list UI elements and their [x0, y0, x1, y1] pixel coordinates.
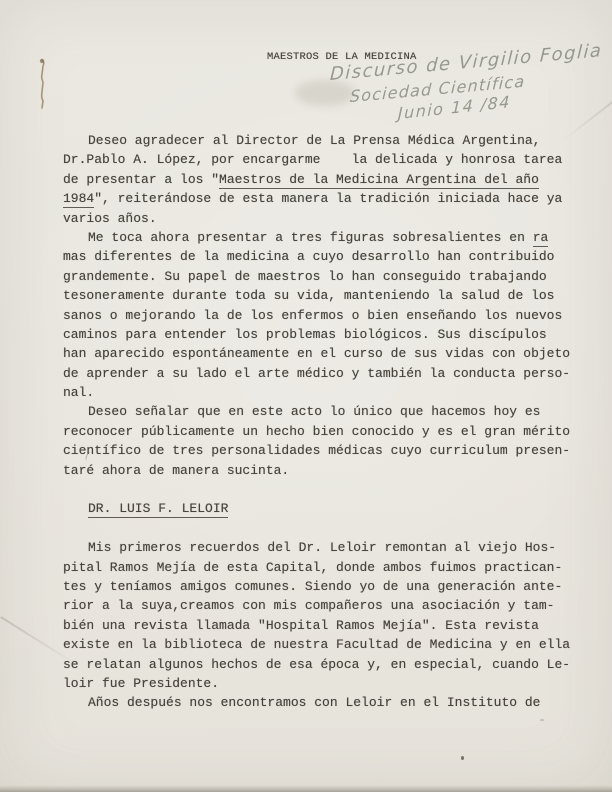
paragraph2-line2: mas diferentes de la medicina a cuyo des…	[63, 247, 583, 266]
paragraph2-line3: grandemente. Su papel de maestros lo han…	[63, 267, 583, 286]
paragraph4-line4: rior a la suya,creamos con mis compañero…	[63, 596, 583, 615]
scanned-document-page: MAESTROS DE LA MEDICINA Discurso de Virg…	[0, 0, 612, 792]
paragraph2-line5: sanos o mejorando la de los enfermos o b…	[63, 306, 583, 325]
paragraph1-line1: Deseo agradecer al Director de La Prensa…	[63, 131, 583, 150]
paragraph3-line1: Deseo señalar que en este acto lo único …	[63, 402, 583, 421]
blank-line	[63, 480, 583, 499]
paragraph1-line3: de presentar a los "Maestros de la Medic…	[63, 170, 583, 189]
paragraph4-line5: bién una revista llamada "Hospital Ramos…	[63, 616, 583, 635]
paragraph4-line3: tes y teníamos amigos comunes. Siendo yo…	[63, 577, 583, 596]
eraser-smudge	[295, 80, 355, 106]
underlined-text: DR. LUIS F. LELOIR	[88, 501, 228, 518]
line-text: de presentar a los "	[63, 172, 219, 187]
paragraph4-line1: Mis primeros recuerdos del Dr. Leloir re…	[63, 538, 583, 557]
paragraph4-line6: existe en la biblioteca de nuestra Facul…	[63, 635, 583, 654]
paragraph1-line2: Dr.Pablo A. López, por encargarme la del…	[63, 150, 583, 169]
underlined-text: Maestros de la Medicina Argentina del añ…	[219, 172, 539, 189]
paragraph1-line5: varios años.	[63, 209, 583, 228]
paragraph2-line8: de aprender a su lado el arte médico y t…	[63, 364, 583, 383]
underlined-text: ra	[533, 230, 549, 247]
paragraph1-line4: 1984", reiterándose de esta manera la tr…	[63, 189, 583, 208]
line-text: Me toca ahora presentar a tres figuras s…	[88, 230, 533, 245]
paragraph2-line7: han aparecido espontáneamente en el curs…	[63, 344, 583, 363]
document-body: Deseo agradecer al Director de La Prensa…	[63, 131, 583, 713]
paragraph4-line9: Años después nos encontramos con Leloir …	[63, 693, 583, 712]
paragraph2-line1: Me toca ahora presentar a tres figuras s…	[63, 228, 583, 247]
paragraph4-line8: loir fue Presidente.	[63, 674, 583, 693]
line-text: ", reiterándose de esta manera la tradic…	[94, 191, 562, 206]
ink-speck	[461, 756, 464, 760]
paragraph3-line3: científico de tres personalidades médica…	[63, 441, 583, 460]
paragraph3-line2: reconocer públicamente un hecho bien con…	[63, 422, 583, 441]
page-bottom-edge-shadow	[0, 785, 612, 792]
paragraph2-line4: tesoneramente durante toda su vida, mant…	[63, 286, 583, 305]
paragraph4-line7: se relatan algunos hechos de esa época y…	[63, 655, 583, 674]
staple-mark-icon	[36, 58, 50, 110]
paragraph2-line9: nal.	[63, 383, 583, 402]
ink-speck	[540, 719, 544, 721]
section-heading-leloir: DR. LUIS F. LELOIR	[63, 499, 583, 518]
paragraph3-line4: taré ahora de manera sucinta.	[63, 461, 583, 480]
underlined-text: 1984	[63, 191, 94, 208]
paragraph2-line6: caminos para entender los problemas biol…	[63, 325, 583, 344]
paragraph4-line2: pital Ramos Mejía de esta Capital, donde…	[63, 558, 583, 577]
blank-line	[63, 519, 583, 538]
